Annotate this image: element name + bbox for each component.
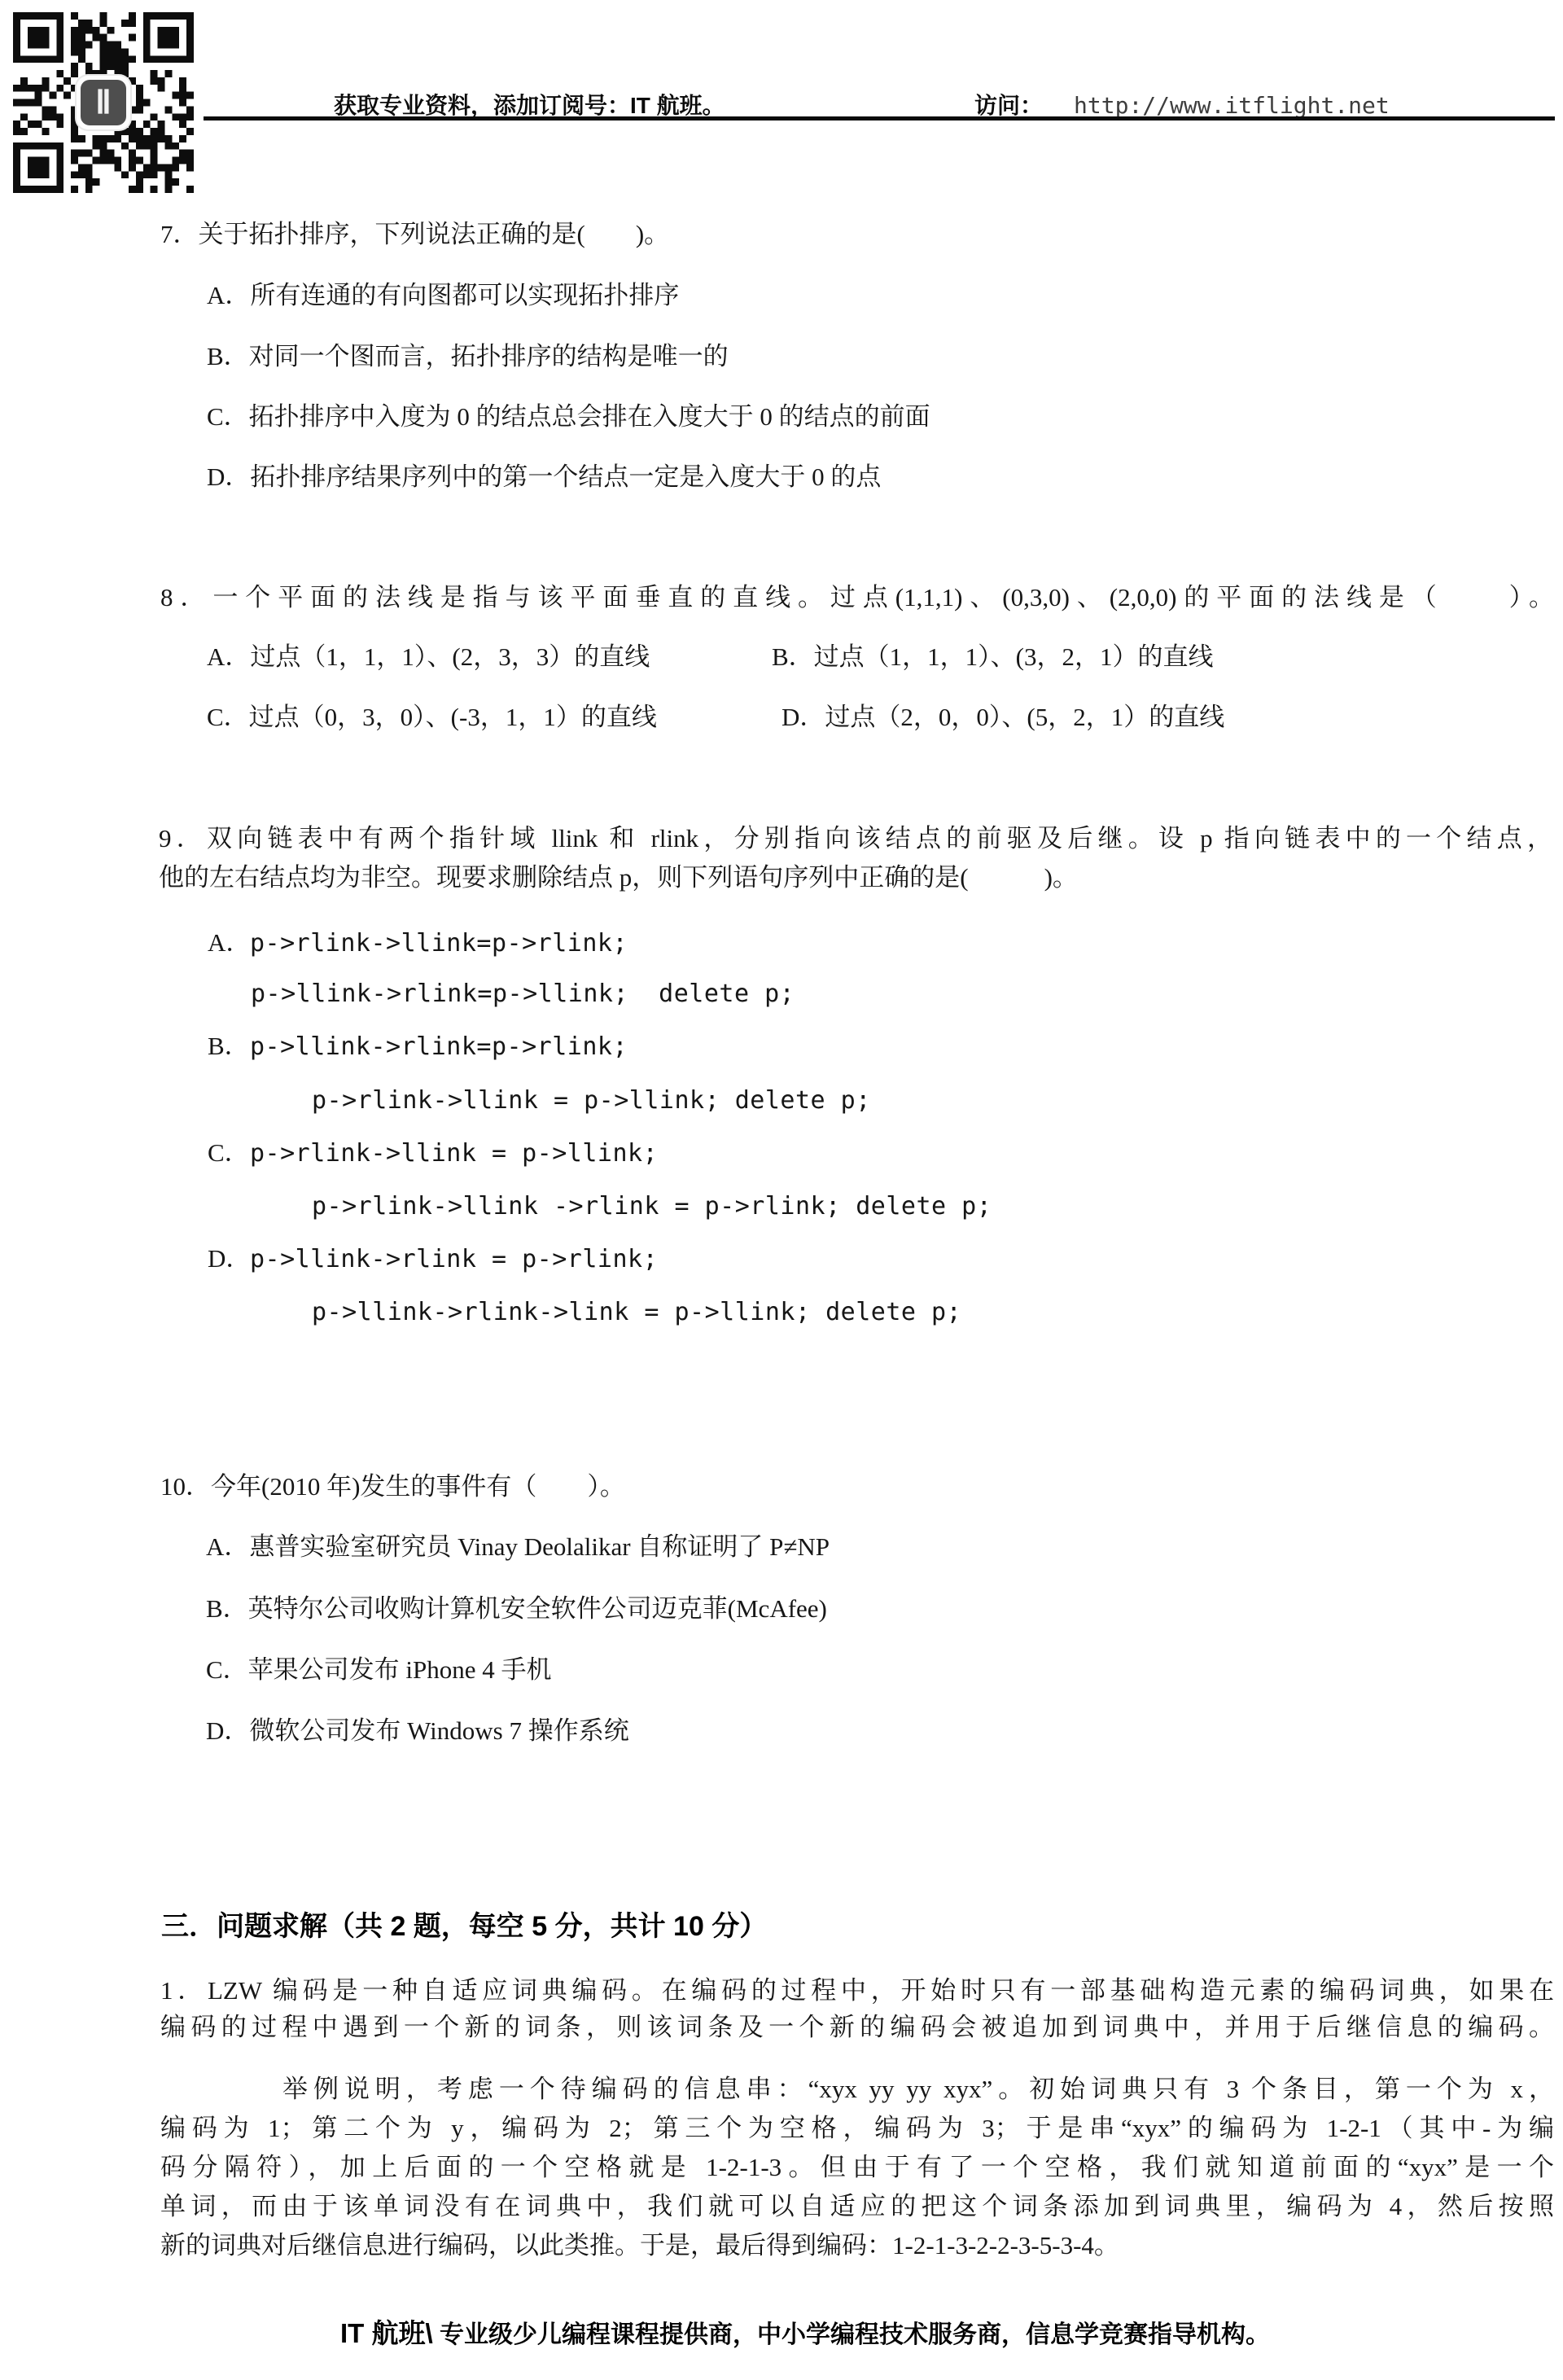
- code-text: p->rlink->llink = p->llink;: [250, 1139, 658, 1168]
- problem-1-para2-line2: 编码为 1；第二个为 y，编码为 2；第三个为空格，编码为 3；于是串“xyx”…: [160, 2114, 1554, 2143]
- option-label: C．: [208, 1138, 250, 1168]
- question-9-option-b-line2: p->rlink->llink = p->llink; delete p;: [312, 1085, 871, 1115]
- problem-1-para2-line4: 单词，而由于该单词没有在词典中，我们就可以自适应的把这个词条添加到词典里，编码为…: [160, 2192, 1554, 2221]
- qr-code: Ⅱ: [13, 11, 194, 195]
- header-visit: 访问：http://www.itflight.net: [974, 88, 1390, 121]
- visit-label: 访问：: [974, 93, 1043, 118]
- code-text: p->llink->rlink->link = p->llink; delete…: [312, 1298, 961, 1326]
- question-9-option-a-line2: p->llink->rlink=p->llink; delete p;: [251, 979, 795, 1009]
- question-10-stem: 10．今年(2010 年)发生的事件有（ ）。: [160, 1472, 625, 1501]
- it-flight-logo: Ⅱ: [77, 76, 130, 129]
- question-8-option-b: B．过点（1，1，1）、(3，2，1）的直线: [772, 642, 1214, 672]
- code-text: p->rlink->llink = p->llink; delete p;: [312, 1086, 871, 1115]
- option-label: A．: [208, 928, 250, 958]
- question-9-option-c-line2: p->rlink->llink ->rlink = p->rlink; dele…: [312, 1191, 992, 1221]
- problem-1-para1-line1: 1．LZW 编码是一种自适应词典编码。在编码的过程中，开始时只有一部基础构造元素…: [160, 1976, 1554, 2005]
- question-9-stem-line2: 他的左右结点均为非空。现要求删除结点 p，则下列语句序列中正确的是( )。: [159, 863, 1078, 892]
- code-text: p->llink->rlink=p->llink; delete p;: [251, 980, 795, 1008]
- question-9-stem-line1: 9．双向链表中有两个指针域 llink 和 rlink，分别指向该结点的前驱及后…: [159, 824, 1552, 853]
- question-7-stem: 7．关于拓扑排序，下列说法正确的是( )。: [160, 220, 669, 249]
- problem-1-para2-line3: 码分隔符），加上后面的一个空格就是 1-2-1-3。但由于有了一个空格，我们就知…: [160, 2153, 1554, 2182]
- question-9-option-c-line1: C．p->rlink->llink = p->llink;: [208, 1138, 658, 1168]
- question-10-option-d: D．微软公司发布 Windows 7 操作系统: [206, 1716, 629, 1746]
- it-flight-logo-glyph: Ⅱ: [81, 80, 126, 125]
- question-10-option-a: A．惠普实验室研究员 Vinay Deolalikar 自称证明了 P≠NP: [206, 1532, 830, 1562]
- problem-1-para1-line2: 编码的过程中遇到一个新的词条，则该词条及一个新的编码会被追加到词典中，并用于后继…: [160, 2013, 1554, 2042]
- header-subscribe-text: 获取专业资料，添加订阅号：IT 航班。: [334, 88, 725, 121]
- question-9-option-d-line2: p->llink->rlink->link = p->llink; delete…: [312, 1297, 961, 1327]
- question-8-option-a: A．过点（1，1，1）、(2，3，3）的直线: [207, 642, 650, 672]
- question-7-option-a: A．所有连通的有向图都可以实现拓扑排序: [207, 281, 679, 310]
- question-10-option-c: C．苹果公司发布 iPhone 4 手机: [206, 1655, 552, 1685]
- problem-1-para2-line1: 举例说明，考虑一个待编码的信息串：“xyx yy yy xyx”。初始词典只有 …: [282, 2075, 1554, 2104]
- problem-1-para2-line5: 新的词典对后继信息进行编码，以此类推。于是，最后得到编码：1-2-1-3-2-2…: [160, 2231, 1119, 2260]
- code-text: p->rlink->llink ->rlink = p->rlink; dele…: [312, 1192, 992, 1221]
- option-label: D．: [208, 1244, 250, 1273]
- footer-brand: IT 航班\: [340, 2318, 433, 2348]
- code-text: p->llink->rlink = p->rlink;: [250, 1245, 658, 1273]
- question-9-option-d-line1: D．p->llink->rlink = p->rlink;: [208, 1244, 658, 1274]
- code-text: p->rlink->llink=p->rlink;: [250, 929, 628, 958]
- footer-text: IT 航班\ 专业级少儿编程课程提供商，中小学编程技术服务商，信息学竞赛指导机构…: [340, 2312, 1270, 2351]
- option-label: B．: [208, 1032, 250, 1061]
- question-7-option-d: D．拓扑排序结果序列中的第一个结点一定是入度大于 0 的点: [207, 462, 881, 492]
- footer-tagline: 专业级少儿编程课程提供商，中小学编程技术服务商，信息学竞赛指导机构。: [433, 2321, 1270, 2348]
- question-7-option-b: B．对同一个图而言，拓扑排序的结构是唯一的: [207, 342, 729, 371]
- question-9-option-a-line1: A．p->rlink->llink=p->rlink;: [208, 928, 628, 958]
- question-7-option-c: C．拓扑排序中入度为 0 的结点总会排在入度大于 0 的结点的前面: [207, 402, 930, 432]
- question-8-option-d: D．过点（2，0，0）、(5，2，1）的直线: [781, 703, 1224, 732]
- question-10-option-b: B．英特尔公司收购计算机安全软件公司迈克菲(McAfee): [206, 1594, 827, 1624]
- header-divider: [204, 116, 1555, 121]
- site-url-link[interactable]: http://www.itflight.net: [1074, 92, 1390, 119]
- section-3-heading: 三．问题求解（共 2 题，每空 5 分，共计 10 分）: [161, 1911, 767, 1943]
- question-9-option-b-line1: B．p->llink->rlink=p->rlink;: [208, 1032, 628, 1062]
- question-8-stem: 8．一个平面的法线是指与该平面垂直的直线。过点(1,1,1)、(0,3,0)、(…: [160, 583, 1554, 612]
- code-text: p->llink->rlink=p->rlink;: [250, 1032, 628, 1061]
- question-8-option-c: C．过点（0，3，0）、(-3，1，1）的直线: [207, 703, 657, 732]
